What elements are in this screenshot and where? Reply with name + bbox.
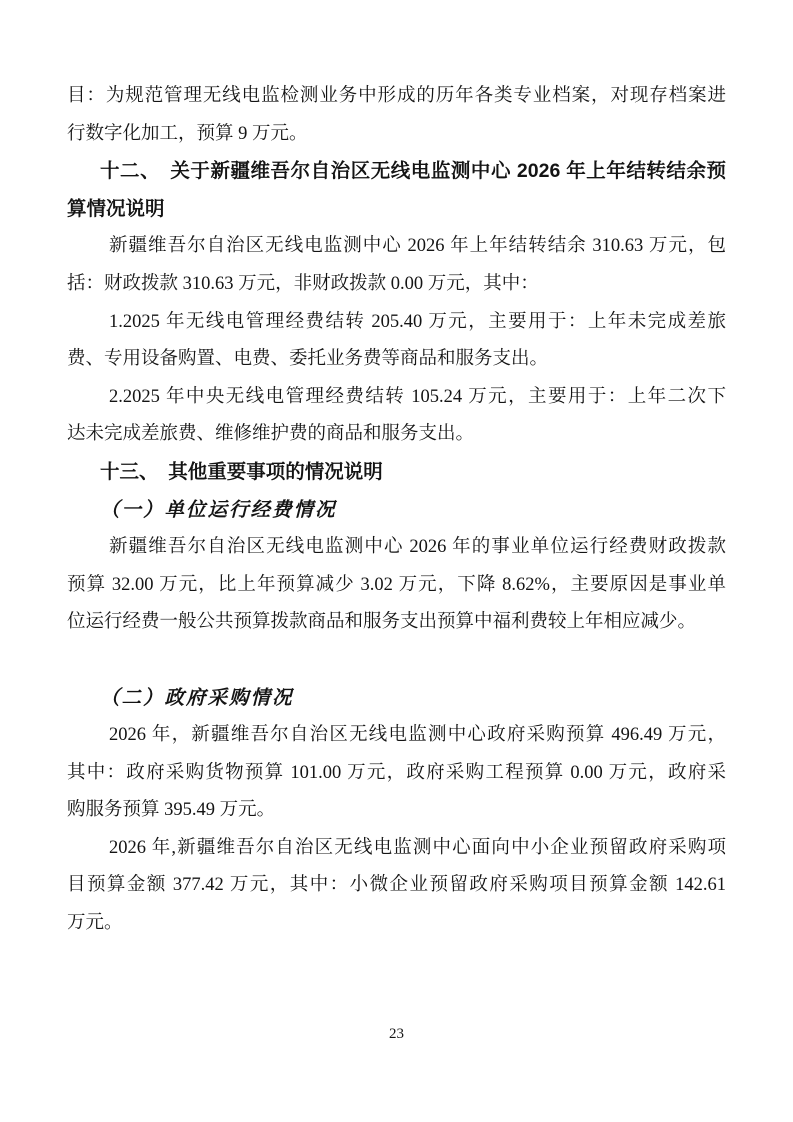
para-carryover-line: 括：财政拨款 310.63 万元，非财政拨款 0.00 万元，其中： — [67, 266, 726, 304]
blank-line — [67, 642, 726, 680]
heading-section-12-line: 十二、 关于新疆维吾尔自治区无线电监测中心 2026 年上年结转结余预 — [67, 153, 726, 191]
para-archive-line: 行数字化加工，预算 9 万元。 — [67, 116, 726, 154]
para-operating-cost-line: 预算 32.00 万元，比上年预算减少 3.02 万元，下降 8.62%，主要原… — [67, 567, 726, 605]
para-item2-line: 2.2025 年中央无线电管理经费结转 105.24 万元，主要用于：上年二次下 — [67, 379, 726, 417]
para-archive-line: 目：为规范管理无线电监检测业务中形成的历年各类专业档案，对现存档案进 — [67, 78, 726, 116]
para-procurement-line: 2026 年，新疆维吾尔自治区无线电监测中心政府采购预算 496.49 万元， — [67, 717, 726, 755]
subheading-gov-procurement: （二）政府采购情况 — [67, 680, 726, 718]
heading-section-12-line: 算情况说明 — [67, 191, 726, 229]
para-procurement-line: 其中：政府采购货物预算 101.00 万元，政府采购工程预算 0.00 万元，政… — [67, 755, 726, 793]
para-sme-reserve-line: 目预算金额 377.42 万元，其中：小微企业预留政府采购项目预算金额 142.… — [67, 867, 726, 905]
document-body: 目：为规范管理无线电监检测业务中形成的历年各类专业档案，对现存档案进 行数字化加… — [0, 0, 793, 943]
subheading-unit-operating-cost: （一）单位运行经费情况 — [67, 492, 726, 530]
para-procurement-line: 购服务预算 395.49 万元。 — [67, 792, 726, 830]
para-sme-reserve-line: 2026 年,新疆维吾尔自治区无线电监测中心面向中小企业预留政府采购项 — [67, 830, 726, 868]
para-item1-line: 费、专用设备购置、电费、委托业务费等商品和服务支出。 — [67, 341, 726, 379]
para-item2-line: 达未完成差旅费、维修维护费的商品和服务支出。 — [67, 416, 726, 454]
para-operating-cost-line: 位运行经费一般公共预算拨款商品和服务支出预算中福利费较上年相应减少。 — [67, 604, 726, 642]
para-item1-line: 1.2025 年无线电管理经费结转 205.40 万元，主要用于：上年未完成差旅 — [67, 304, 726, 342]
para-sme-reserve-line: 万元。 — [67, 905, 726, 943]
para-operating-cost-line: 新疆维吾尔自治区无线电监测中心 2026 年的事业单位运行经费财政拨款 — [67, 529, 726, 567]
document-page: 目：为规范管理无线电监检测业务中形成的历年各类专业档案，对现存档案进 行数字化加… — [0, 0, 793, 1122]
heading-section-13: 十三、 其他重要事项的情况说明 — [67, 454, 726, 492]
para-carryover-line: 新疆维吾尔自治区无线电监测中心 2026 年上年结转结余 310.63 万元，包 — [67, 228, 726, 266]
page-number: 23 — [0, 1022, 793, 1046]
